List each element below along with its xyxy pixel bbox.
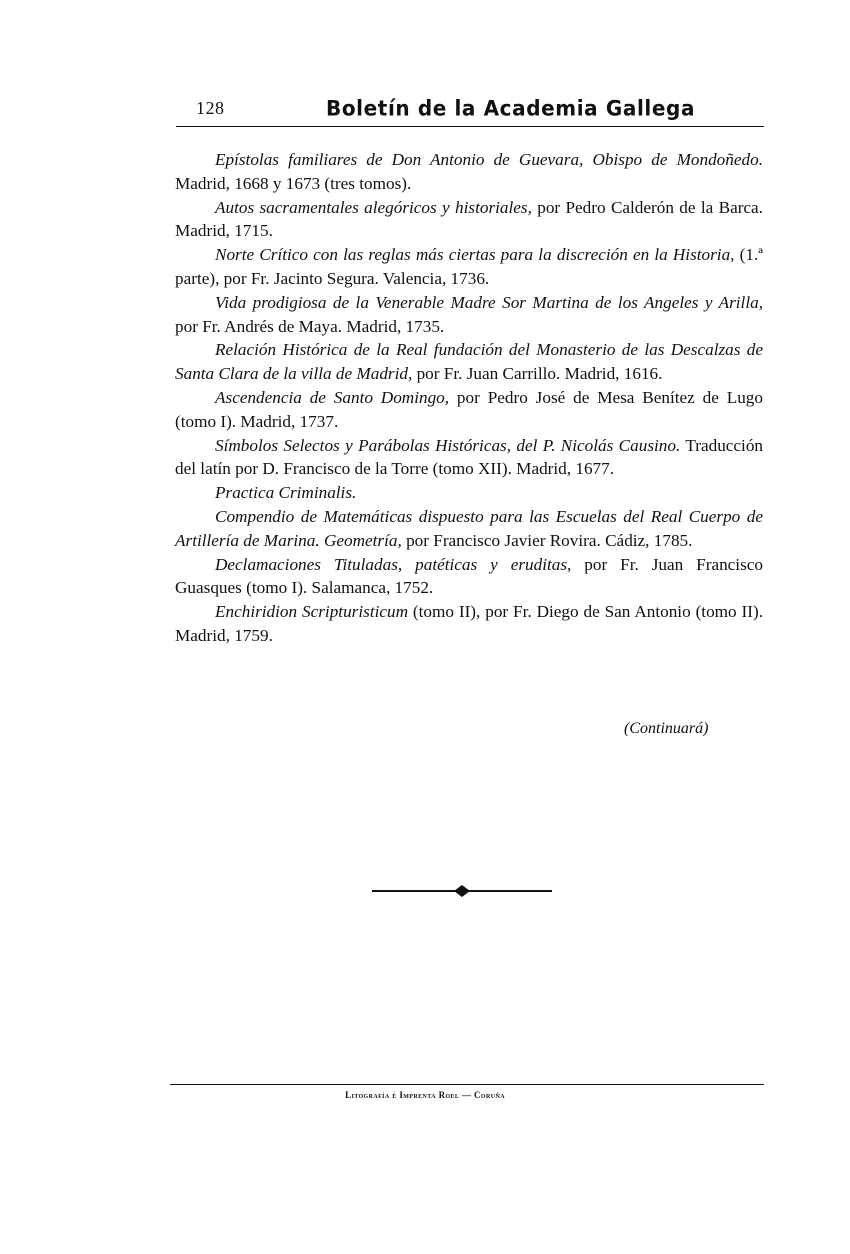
footer-rule (170, 1084, 764, 1085)
entry-title: Autos sacramentales alegóricos y histori… (215, 198, 532, 217)
bibliography-entry: Compendio de Matemáticas dispuesto para … (175, 505, 763, 553)
entry-details: por Francisco Javier Rovira. Cádiz, 1785… (402, 531, 693, 550)
bibliography-list: Epístolas familiares de Don Antonio de G… (175, 148, 763, 648)
entry-title: Símbolos Selectos y Parábolas Históricas… (215, 436, 680, 455)
printer-imprint: Litografía é Imprenta Roel — Coruña (0, 1090, 850, 1100)
entry-title: Declamaciones Tituladas, patéticas y eru… (215, 555, 571, 574)
entry-title: Epístolas familiares de Don Antonio de G… (215, 150, 763, 169)
running-title: Boletín de la Academia Gallega (326, 95, 695, 121)
entry-details: por Fr. Juan Carrillo. Madrid, 1616. (412, 364, 662, 383)
page-number: 128 (196, 98, 225, 119)
bibliography-entry: Símbolos Selectos y Parábolas Históricas… (175, 434, 763, 482)
bibliography-entry: Relación Histórica de la Real fundación … (175, 338, 763, 386)
document-page: 128 Boletín de la Academia Gallega Epíst… (0, 0, 850, 1254)
bibliography-entry: Epístolas familiares de Don Antonio de G… (175, 148, 763, 196)
diamond-icon (454, 885, 470, 897)
continued-note: (Continuará) (624, 720, 708, 738)
entry-title: Norte Crítico con las reglas más ciertas… (215, 245, 734, 264)
bibliography-entry: Declamaciones Tituladas, patéticas y eru… (175, 553, 763, 601)
entry-title: Practica Criminalis. (215, 483, 356, 502)
section-ornament (372, 884, 552, 898)
header-rule (176, 126, 764, 127)
bibliography-entry: Norte Crítico con las reglas más ciertas… (175, 243, 763, 291)
entry-title: Vida prodigiosa de la Venerable Madre So… (215, 293, 763, 312)
entry-details: Madrid, 1668 y 1673 (tres tomos). (175, 174, 411, 193)
bibliography-entry: Ascendencia de Santo Domingo, por Pedro … (175, 386, 763, 434)
page-header: 128 Boletín de la Academia Gallega (188, 96, 763, 126)
bibliography-entry: Practica Criminalis. (175, 481, 763, 505)
entry-details: por Fr. Andrés de Maya. Madrid, 1735. (175, 317, 444, 336)
bibliography-entry: Autos sacramentales alegóricos y histori… (175, 196, 763, 244)
entry-title: Enchiridion Scripturisticum (215, 602, 408, 621)
bibliography-entry: Vida prodigiosa de la Venerable Madre So… (175, 291, 763, 339)
entry-title: Ascendencia de Santo Domingo, (215, 388, 449, 407)
bibliography-entry: Enchiridion Scripturisticum (tomo II), p… (175, 600, 763, 648)
